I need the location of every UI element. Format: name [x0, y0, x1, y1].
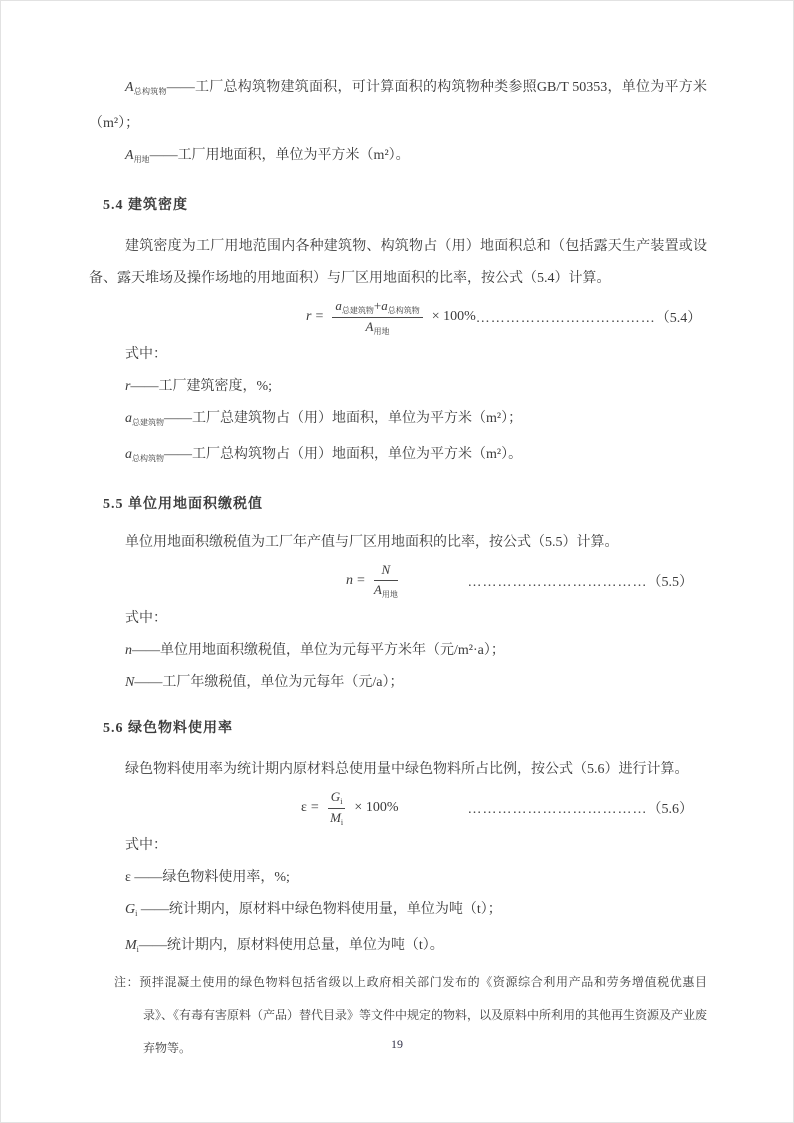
symbol-A: A [374, 582, 382, 597]
fraction-numerator: a总建筑物+a总构筑物 [332, 298, 422, 318]
leader-dots: ……………………………… [476, 311, 656, 326]
document-page: A总构筑物——工厂总构筑物建筑面积，可计算面积的构筑物种类参照GB/T 5035… [0, 0, 794, 1123]
section-5-6-body: 绿色物料使用率为统计期内原材料总使用量中绿色物料所占比例，按公式（5.6）进行计… [89, 754, 707, 786]
equals-sign: = [315, 309, 323, 325]
leader-dots: ……………………………… [468, 575, 648, 590]
symbol-subscript: 总建筑物 [132, 418, 164, 427]
where-label-5-5: 式中： [125, 603, 707, 635]
symbol-a2-subscript: 总构筑物 [388, 306, 420, 315]
formula-5-4-reference: ………………………………（5.4） [476, 307, 702, 327]
symbol-item-G: Gi ——统计期内，原材料中绿色物料使用量，单位为吨（t）； [125, 894, 707, 930]
formula-lhs: r [306, 309, 311, 325]
fraction: Gi Mi [328, 789, 346, 828]
symbol-description: ——统计期内，原材料使用总量，单位为吨（t）。 [139, 938, 444, 953]
equals-sign: = [311, 800, 319, 816]
page-number: 19 [1, 1029, 793, 1059]
section-heading-5-5: 5.5 单位用地面积缴税值 [103, 489, 707, 521]
term-definition-a-land: A用地——工厂用地面积，单位为平方米（m²）。 [89, 140, 707, 176]
leader-dots: ……………………………… [468, 802, 648, 817]
symbol-a1-subscript: 总建筑物 [342, 306, 374, 315]
section-5-4-body: 建筑密度为工厂用地范围内各种建筑物、构筑物占（用）地面积总和（包括露天生产装置或… [89, 231, 707, 295]
formula-lhs: n [346, 573, 353, 589]
where-label-5-6: 式中： [125, 830, 707, 862]
symbol-G: G [331, 789, 340, 804]
equals-sign: = [357, 573, 365, 589]
where-label-5-4: 式中： [125, 339, 707, 371]
symbol-subscript: 总构筑物 [132, 454, 164, 463]
symbol-description: ——单位用地面积缴税值，单位为元每平方米年（元/m²·a）； [132, 643, 505, 658]
note-label: 注： [114, 975, 139, 989]
formula-5-5-expression: n = N A用地 [346, 562, 403, 599]
section-5-5-body: 单位用地面积缴税值为工厂年产值与厂区用地面积的比率，按公式（5.5）计算。 [89, 527, 707, 559]
symbol-n: n [125, 643, 132, 658]
equation-number: （5.5） [648, 575, 694, 590]
formula-5-6: ε = Gi Mi × 100% ………………………………（5.6） [89, 786, 693, 830]
symbol-description: ——工厂总建筑物占（用）地面积，单位为平方米（m²）； [164, 411, 522, 426]
symbol-A: A [125, 80, 134, 95]
formula-5-5-reference: ………………………………（5.5） [468, 571, 694, 591]
fraction-numerator: N [374, 562, 398, 580]
symbol-a: a [125, 447, 132, 462]
symbol-item-a-structures: a总构筑物——工厂总构筑物占（用）地面积，单位为平方米（m²）。 [125, 439, 707, 475]
fraction-denominator: Mi [328, 809, 346, 828]
fraction: a总建筑物+a总构筑物 A用地 [332, 298, 422, 337]
symbol-N: N [125, 675, 134, 690]
fraction-denominator: A用地 [332, 318, 422, 337]
symbol-item-epsilon: ε ——绿色物料使用率，%; [125, 862, 707, 894]
symbol-subscript: 总构筑物 [134, 87, 167, 96]
symbol-A-subscript: 用地 [382, 590, 398, 599]
symbol-G: G [125, 902, 135, 917]
symbol-item-r: r——工厂建筑密度，%; [125, 371, 707, 403]
formula-lhs: ε [301, 800, 307, 816]
formula-5-5: n = N A用地 ………………………………（5.5） [89, 559, 693, 603]
equation-number: （5.4） [656, 311, 702, 326]
term-definition-a-total-structures: A总构筑物——工厂总构筑物建筑面积，可计算面积的构筑物种类参照GB/T 5035… [89, 72, 707, 140]
fraction-denominator: A用地 [374, 581, 398, 600]
symbol-a: a [125, 411, 132, 426]
times-100-percent: × 100% [432, 309, 476, 325]
formula-5-6-expression: ε = Gi Mi × 100% [301, 789, 398, 828]
formula-5-4-expression: r = a总建筑物+a总构筑物 A用地 × 100% [306, 298, 476, 337]
symbol-A: A [366, 319, 374, 334]
symbol-A-subscript: 用地 [374, 327, 390, 336]
section-heading-5-6: 5.6 绿色物料使用率 [103, 713, 707, 745]
times-100-percent: × 100% [354, 800, 398, 816]
symbol-N: N [382, 562, 391, 577]
symbol-subscript: 用地 [134, 155, 150, 164]
symbol-M: M [330, 810, 341, 825]
symbol-G-subscript: i [340, 797, 342, 806]
fraction-numerator: Gi [328, 789, 346, 809]
fraction: N A用地 [374, 562, 398, 599]
formula-5-4: r = a总建筑物+a总构筑物 A用地 × 100% ………………………………（… [89, 295, 693, 339]
term-text: ——工厂用地面积，单位为平方米（m²）。 [150, 148, 410, 163]
symbol-item-M: Mi——统计期内，原材料使用总量，单位为吨（t）。 [125, 930, 707, 966]
symbol-item-a-buildings: a总建筑物——工厂总建筑物占（用）地面积，单位为平方米（m²）； [125, 403, 707, 439]
symbol-description: ——统计期内，原材料中绿色物料使用量，单位为吨（t）； [137, 902, 501, 917]
symbol-item-N: N——工厂年缴税值，单位为元每年（元/a）； [125, 667, 707, 699]
formula-5-6-reference: ………………………………（5.6） [468, 798, 694, 818]
equation-number: （5.6） [648, 802, 694, 817]
symbol-M-subscript: i [341, 818, 343, 827]
symbol-description: ——工厂建筑密度，%; [130, 379, 272, 394]
symbol-description: ——工厂总构筑物占（用）地面积，单位为平方米（m²）。 [164, 447, 522, 462]
symbol-A: A [125, 148, 134, 163]
symbol-description: ——绿色物料使用率，%; [131, 870, 290, 885]
symbol-M: M [125, 938, 137, 953]
symbol-description: ——工厂年缴税值，单位为元每年（元/a）； [134, 675, 403, 690]
symbol-item-n: n——单位用地面积缴税值，单位为元每平方米年（元/m²·a）； [125, 635, 707, 667]
term-text: ——工厂总构筑物建筑面积，可计算面积的构筑物种类参照GB/T 50353，单位为… [89, 80, 707, 131]
section-heading-5-4: 5.4 建筑密度 [103, 190, 707, 222]
